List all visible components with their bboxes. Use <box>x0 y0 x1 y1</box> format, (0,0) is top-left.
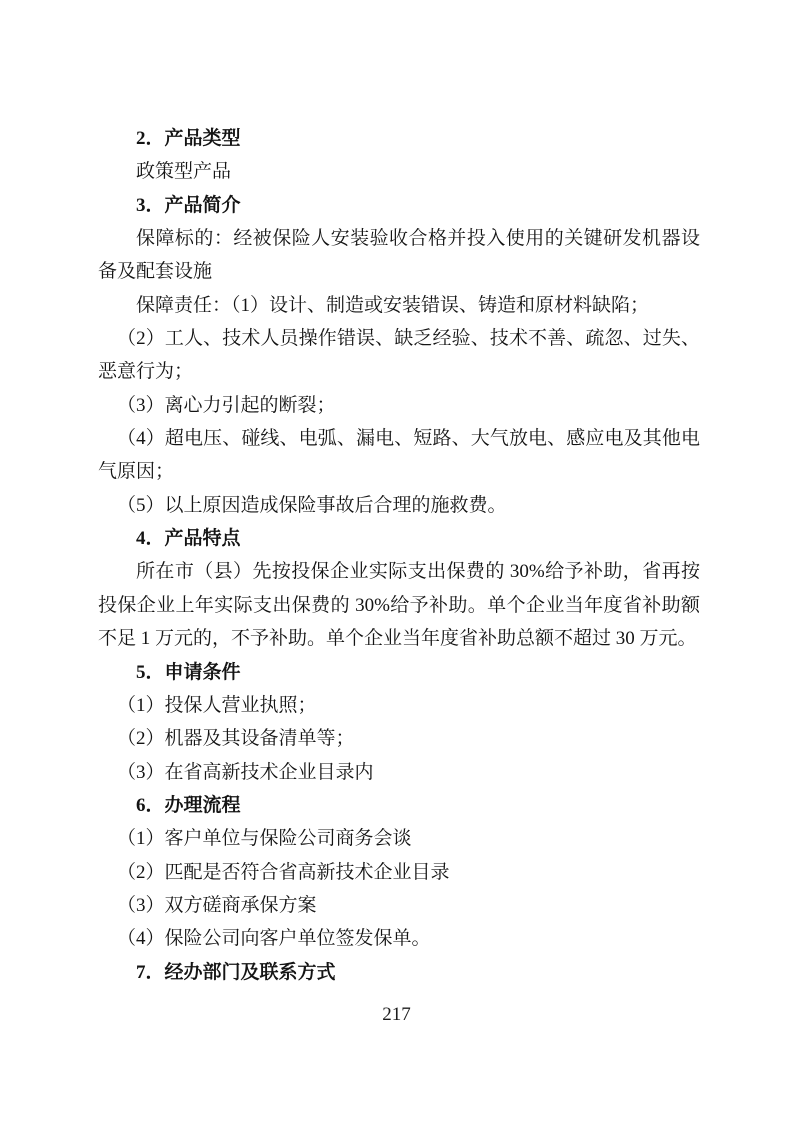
list-item-condition-3: （3）在省高新技术企业目录内 <box>98 756 700 789</box>
list-item-condition-1: （1）投保人营业执照； <box>98 689 700 722</box>
section-heading-product-type: 2．产品类型 <box>98 122 700 155</box>
list-item-liability-3: （3）离心力引起的断裂； <box>98 389 700 422</box>
paragraph-product-type-value: 政策型产品 <box>98 155 700 188</box>
paragraph-coverage-liability-1: 保障责任：（1）设计、制造或安装错误、铸造和原材料缺陷； <box>98 289 700 322</box>
section-heading-product-features: 4．产品特点 <box>98 522 700 555</box>
list-item-liability-4: （4）超电压、碰线、电弧、漏电、短路、大气放电、感应电及其他电气原因； <box>98 422 700 489</box>
section-heading-contact: 7．经办部门及联系方式 <box>98 956 700 989</box>
document-content: 2．产品类型 政策型产品 3．产品简介 保障标的：经被保险人安装验收合格并投入使… <box>98 122 700 989</box>
list-item-liability-2: （2）工人、技术人员操作错误、缺乏经验、技术不善、疏忽、过失、恶意行为； <box>98 322 700 389</box>
page-number: 217 <box>0 1003 793 1027</box>
document-page: 2．产品类型 政策型产品 3．产品简介 保障标的：经被保险人安装验收合格并投入使… <box>0 0 793 1122</box>
paragraph-subsidy-policy: 所在市（县）先按投保企业实际支出保费的 30%给予补助，省再按投保企业上年实际支… <box>98 555 700 655</box>
list-item-process-1: （1）客户单位与保险公司商务会谈 <box>98 822 700 855</box>
list-item-liability-5: （5）以上原因造成保险事故后合理的施救费。 <box>98 489 700 522</box>
section-heading-product-intro: 3．产品简介 <box>98 189 700 222</box>
paragraph-coverage-subject: 保障标的：经被保险人安装验收合格并投入使用的关键研发机器设备及配套设施 <box>98 222 700 289</box>
list-item-condition-2: （2）机器及其设备清单等； <box>98 722 700 755</box>
list-item-process-2: （2）匹配是否符合省高新技术企业目录 <box>98 856 700 889</box>
section-heading-apply-conditions: 5．申请条件 <box>98 656 700 689</box>
section-heading-process: 6．办理流程 <box>98 789 700 822</box>
list-item-process-4: （4）保险公司向客户单位签发保单。 <box>98 922 700 955</box>
list-item-process-3: （3）双方磋商承保方案 <box>98 889 700 922</box>
